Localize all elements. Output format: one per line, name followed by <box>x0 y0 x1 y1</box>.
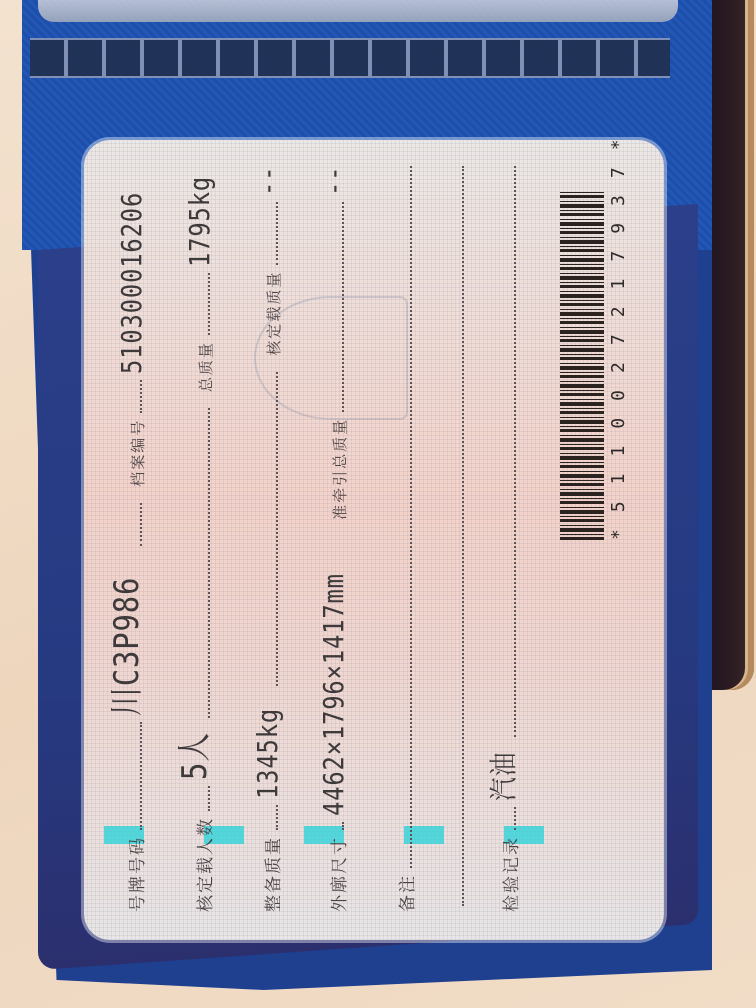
dotted-line <box>342 822 344 830</box>
barcode <box>560 190 604 540</box>
dimensions-value: 4462×1796×1417mm <box>317 573 350 816</box>
dotted-line <box>342 202 344 412</box>
field-inspection-record: 检验记录 汽油 <box>482 160 522 912</box>
registration-card: 号牌号码 川C3P986 档案编号 510300016206 核定载人数 5人 … <box>84 140 664 940</box>
plate-number-value: 川C3P986 <box>99 577 148 716</box>
registration-card-wrap: 号牌号码 川C3P986 档案编号 510300016206 核定载人数 5人 … <box>84 140 664 940</box>
dotted-line <box>208 273 210 335</box>
cyan-security-tabs <box>84 832 664 844</box>
dotted-line <box>410 166 412 868</box>
dotted-line <box>462 166 464 906</box>
field-remarks: 备注 <box>378 160 418 912</box>
dotted-line <box>140 380 142 412</box>
wallet-stitching <box>30 38 670 78</box>
field-dimensions: 外廓尺寸 4462×1796×1417mm 准牵引总质量 -- <box>310 160 350 912</box>
gross-mass-value: 1795kg <box>183 176 216 267</box>
file-number-value: 510300016206 <box>115 192 148 374</box>
dotted-line <box>276 372 278 686</box>
rated-load-value: -- <box>251 165 284 195</box>
field-label: 核定载人数 <box>191 817 216 912</box>
inspection-record-value: 汽油 <box>482 752 522 801</box>
dotted-line <box>208 408 210 718</box>
dotted-line <box>208 786 210 811</box>
field-plate-number: 号牌号码 川C3P986 档案编号 510300016206 <box>108 160 148 912</box>
passenger-capacity-value: 5人 <box>167 732 216 780</box>
barcode-number: *5110027217937* <box>608 190 629 540</box>
field-label: 检验记录 <box>497 836 522 912</box>
dotted-line <box>276 805 278 830</box>
field-label: 备注 <box>393 874 418 912</box>
field-passenger-capacity: 核定载人数 5人 总质量 1795kg <box>176 160 216 912</box>
barcode-area: *5110027217937* <box>554 160 634 540</box>
field-label: 总质量 <box>195 341 216 392</box>
towing-mass-value: -- <box>317 165 350 195</box>
curb-weight-value: 1345kg <box>251 708 284 799</box>
dotted-line <box>514 807 516 830</box>
dotted-line <box>514 166 516 737</box>
dotted-line <box>140 503 142 546</box>
dotted-line <box>140 722 142 830</box>
field-label: 整备质量 <box>259 836 284 912</box>
wallet-flap <box>38 0 678 22</box>
field-label: 准牵引总质量 <box>329 418 350 520</box>
field-curb-weight: 整备质量 1345kg 核定载质量 -- <box>244 160 284 912</box>
field-remarks-line2 <box>430 160 470 912</box>
field-label: 外廓尺寸 <box>325 836 350 912</box>
field-label: 档案编号 <box>127 419 148 487</box>
field-label: 核定载质量 <box>263 271 284 356</box>
field-label: 号牌号码 <box>123 836 148 912</box>
dotted-line <box>276 202 278 265</box>
